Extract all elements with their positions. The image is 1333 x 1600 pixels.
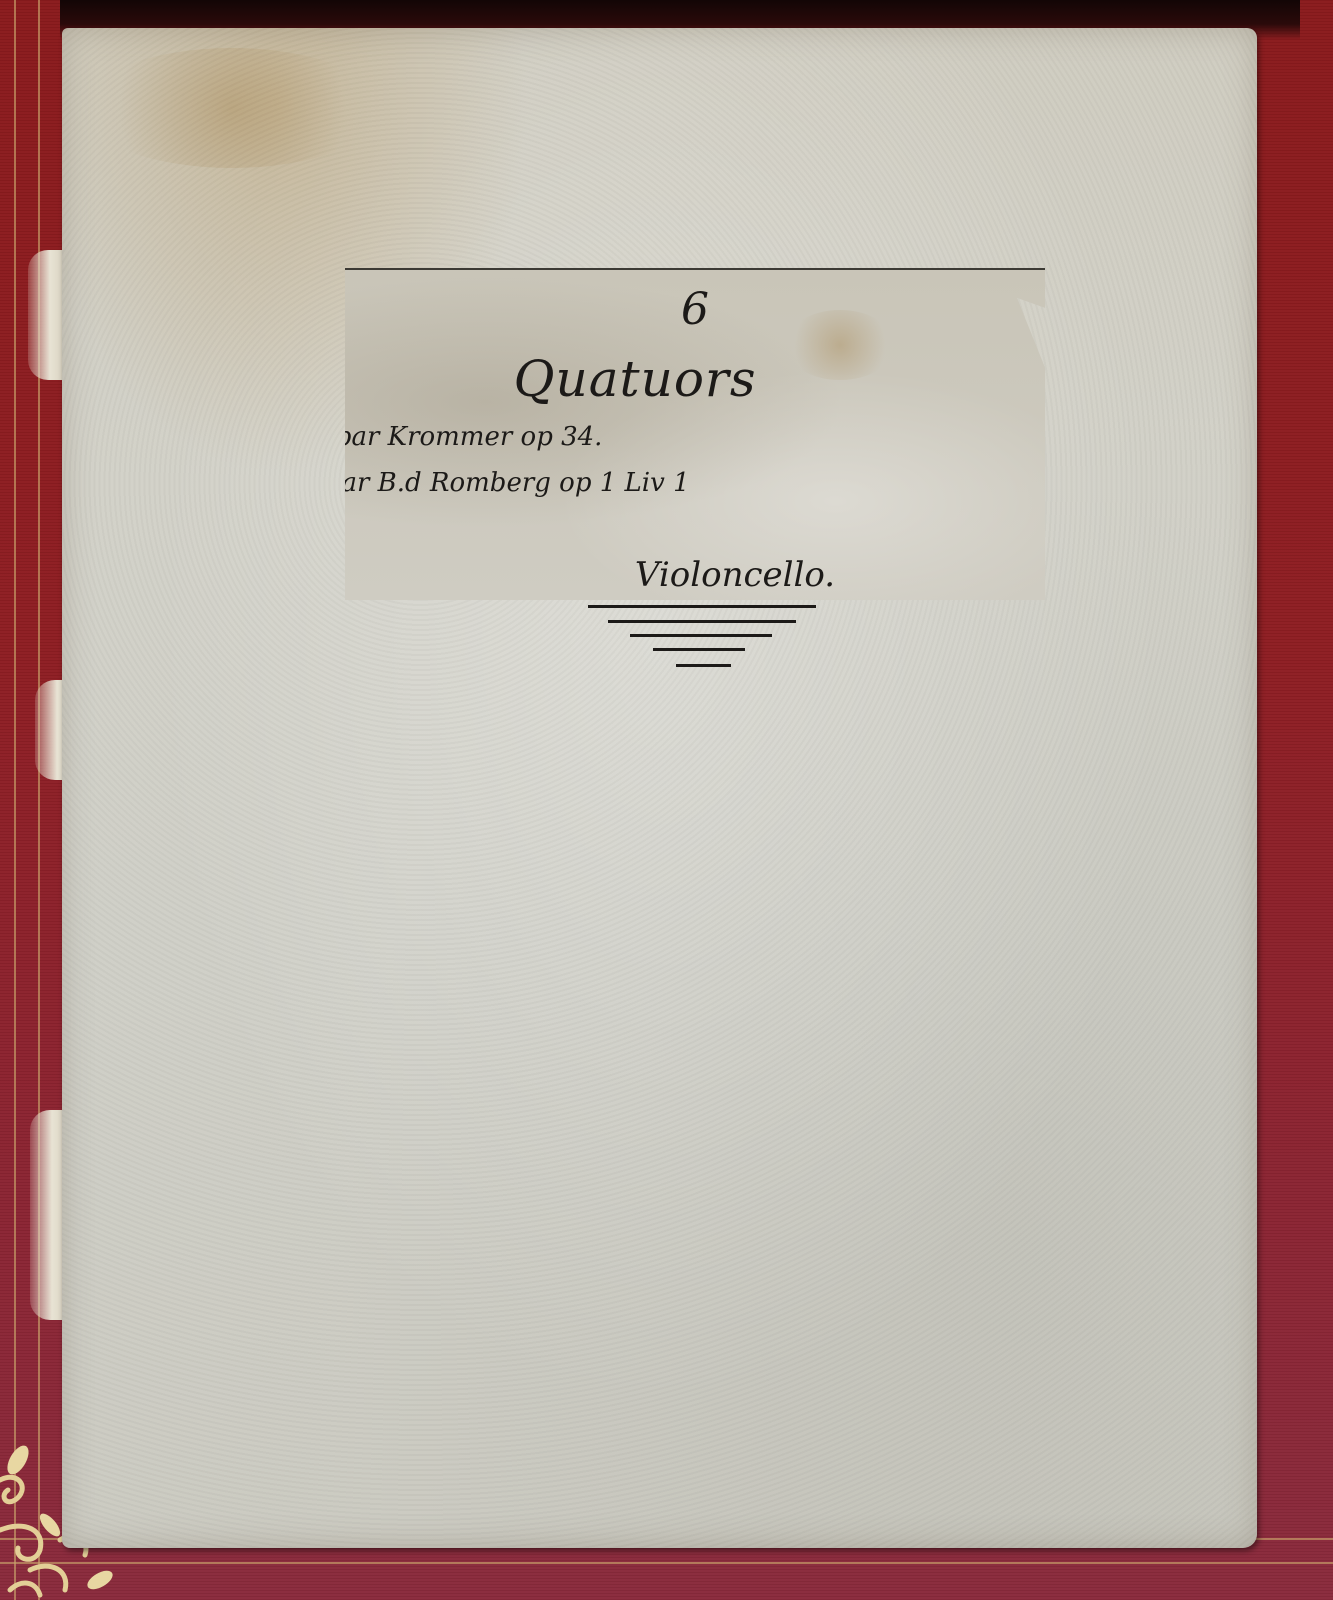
label-count: 6 xyxy=(345,284,1045,335)
label-line-krommer: 3 par Krommer op 34. xyxy=(255,422,1010,452)
label-stain xyxy=(785,310,895,380)
cover-label: 6 Quatuors 3 par Krommer op 34. 3 par B.… xyxy=(345,268,1045,600)
music-cover xyxy=(62,28,1257,1548)
label-line-romberg: 3 par B.d Romberg op 1 Liv 1 xyxy=(255,468,1000,498)
decorative-rules xyxy=(588,605,828,685)
gilt-border-line xyxy=(0,1562,1333,1564)
gilt-border-line xyxy=(14,0,16,1600)
gilt-border-line xyxy=(38,0,40,1600)
water-stain xyxy=(82,48,382,168)
label-part: Violoncello. xyxy=(385,555,1085,595)
